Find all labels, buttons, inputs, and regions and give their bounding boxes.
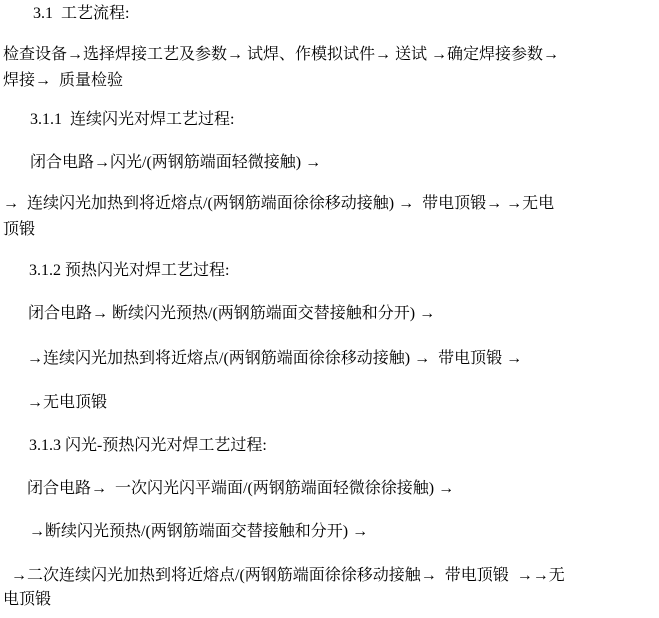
process-3-1-3-line-4: 电顶锻 bbox=[3, 587, 51, 613]
process-3-1-3-line-2: →断续闪光预热/(两钢筋端面交替接触和分开) → bbox=[29, 519, 368, 545]
heading-3-1-1: 3.1.1 连续闪光对焊工艺过程: bbox=[30, 107, 234, 133]
flow-3-1-line-2: 焊接→ 质量检验 bbox=[3, 68, 123, 94]
heading-3-1: 3.1 工艺流程: bbox=[33, 1, 129, 27]
process-3-1-1-line-2: → 连续闪光加热到将近熔点/(两钢筋端面徐徐移动接触) → 带电顶锻→ →无电 bbox=[3, 191, 554, 217]
process-3-1-3-line-1: 闭合电路→ 一次闪光闪平端面/(两钢筋端面轻微徐徐接触) → bbox=[27, 476, 454, 502]
process-3-1-1-line-3: 顶锻 bbox=[3, 217, 35, 243]
document-page: 3.1 工艺流程: 检查设备→选择焊接工艺及参数→ 试焊、作模拟试件→ 送试 →… bbox=[0, 0, 659, 618]
heading-3-1-3: 3.1.3 闪光-预热闪光对焊工艺过程: bbox=[29, 433, 267, 459]
process-3-1-2-line-2: →连续闪光加热到将近熔点/(两钢筋端面徐徐移动接触) → 带电顶锻 → bbox=[27, 346, 522, 372]
process-3-1-2-line-3: →无电顶锻 bbox=[27, 390, 107, 416]
heading-3-1-2: 3.1.2 预热闪光对焊工艺过程: bbox=[29, 258, 229, 284]
process-3-1-3-line-3: →二次连续闪光加热到将近熔点/(两钢筋端面徐徐移动接触→ 带电顶锻 →→无 bbox=[11, 563, 565, 589]
process-3-1-2-line-1: 闭合电路→ 断续闪光预热/(两钢筋端面交替接触和分开) → bbox=[28, 301, 435, 327]
process-3-1-1-line-1: 闭合电路→闪光/(两钢筋端面轻微接触) → bbox=[30, 150, 321, 176]
flow-3-1-line-1: 检查设备→选择焊接工艺及参数→ 试焊、作模拟试件→ 送试 →确定焊接参数→ bbox=[3, 42, 559, 68]
